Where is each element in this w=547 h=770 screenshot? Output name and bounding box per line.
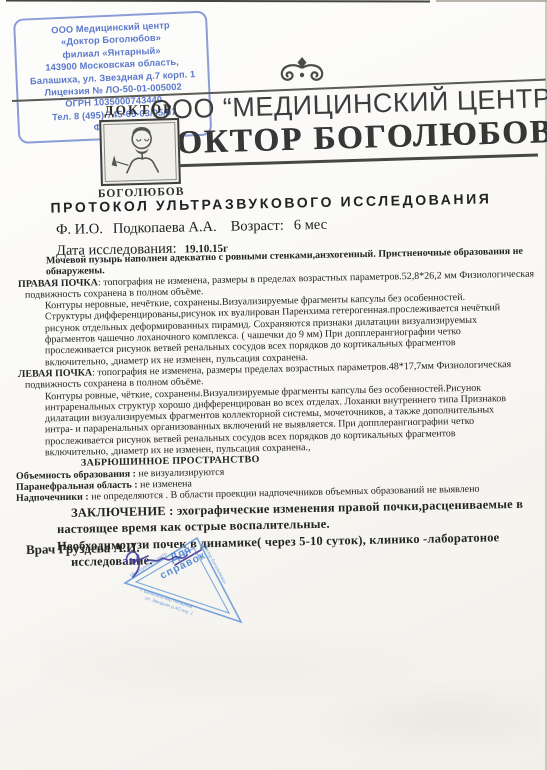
report-body: Мочевой пузырь наполнен адекватно с ровн… [15, 256, 542, 572]
doctor-portrait-icon [101, 120, 175, 180]
fio-label: Ф. И.О. [56, 221, 103, 238]
fleuron-ornament-icon [278, 55, 326, 87]
logo-text-doktor: ДОКТОР [83, 100, 195, 118]
doctor-signature [121, 541, 209, 581]
fio-value: Подкопаева А.А. [113, 219, 217, 237]
age-value: 6 мес [294, 217, 328, 234]
scanner-edge-line-light [436, 0, 547, 2]
logo-portrait-frame [99, 118, 181, 186]
letterhead: ООО “МЕДИЦИНСКИЙ ЦЕНТР ДОКТОР БОГОЛЮБОВ” [150, 83, 547, 167]
patient-fio-line: Ф. И.О.Подкопаева А.А.Возраст:6 мес [56, 217, 327, 239]
paper-crease [40, 620, 460, 710]
scanned-document-page: ООО Медицинский центр «Доктор Боголюбов»… [0, 0, 547, 770]
age-label: Возраст: [230, 218, 283, 235]
paper-crease [300, 680, 540, 760]
clinic-logo: ДОКТОР БОГОЛЮБОВ [83, 100, 198, 201]
scanner-edge-line [6, 0, 430, 3]
